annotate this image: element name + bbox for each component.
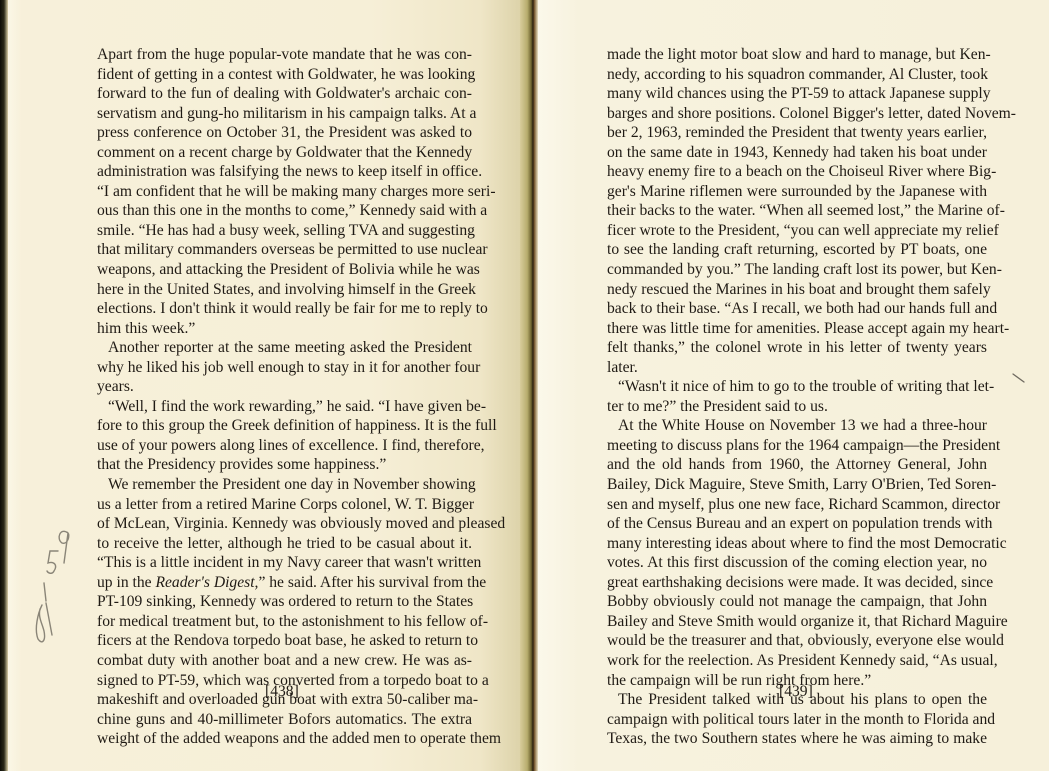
- text-line: meeting to discuss plans for the 1964 ca…: [607, 436, 987, 456]
- text-line: administration was falsifying the news t…: [97, 162, 472, 182]
- text-line: ous than this one in the months to come,…: [97, 201, 472, 221]
- text-line: years.: [97, 377, 472, 397]
- text-line: forward to the fun of dealing with Goldw…: [97, 84, 472, 104]
- text-line: that military commanders overseas be per…: [97, 240, 472, 260]
- handwritten-note-icon: [30, 505, 80, 655]
- text-line: him this week.”: [97, 319, 472, 339]
- text-line: Bailey, Dick Maguire, Steve Smith, Larry…: [607, 475, 987, 495]
- text-line: why he liked his job well enough to stay…: [97, 358, 472, 378]
- text-line: up in the Reader's Digest,” he said. Aft…: [97, 573, 472, 593]
- text-line: work for the reelection. As President Ke…: [607, 651, 987, 671]
- text-line: their backs to the water. “When all seem…: [607, 201, 987, 221]
- text-line: use of your powers along lines of excell…: [97, 436, 472, 456]
- text-line: ger's Marine riflemen were surrounded by…: [607, 182, 987, 202]
- text-line: great earthshaking decisions were made. …: [607, 573, 987, 593]
- book-edge-highlight: [8, 0, 22, 771]
- text-line: “This is a little incident in my Navy ca…: [97, 553, 472, 573]
- book-edge-shadow: [0, 0, 8, 771]
- text-line: We remember the President one day in Nov…: [97, 475, 472, 495]
- text-line: us a letter from a retired Marine Corps …: [97, 495, 472, 515]
- text-line: made the light motor boat slow and hard …: [607, 45, 987, 65]
- book-spread: Apart from the huge popular-vote mandate…: [0, 0, 1049, 771]
- text-line: PT-109 sinking, Kennedy was ordered to r…: [97, 592, 472, 612]
- text-line: fore to this group the Greek definition …: [97, 416, 472, 436]
- text-line: to see the landing craft returning, esco…: [607, 240, 987, 260]
- text-line: sen and myself, plus one new face, Richa…: [607, 495, 987, 515]
- text-line: Another reporter at the same meeting ask…: [97, 338, 472, 358]
- text-line: Bobby obviously could not manage the cam…: [607, 592, 987, 612]
- text-line: fident of getting in a contest with Gold…: [97, 65, 472, 85]
- text-line: “Wasn't it nice of him to go to the trou…: [607, 377, 987, 397]
- text-line: back to their base. “As I recall, we bot…: [607, 299, 987, 319]
- text-line: of McLean, Virginia. Kennedy was obvious…: [97, 514, 472, 534]
- text-line: ter to me?” the President said to us.: [607, 397, 987, 417]
- text-line: ficers at the Rendova torpedo boat base,…: [97, 631, 472, 651]
- text-line: votes. At this first discussion of the c…: [607, 553, 987, 573]
- text-line: weight of the added weapons and the adde…: [97, 729, 472, 749]
- text-line: ficer wrote to the President, “you can w…: [607, 221, 987, 241]
- pencil-mark-icon: [1012, 372, 1026, 384]
- text-line: “I am confident that he will be making m…: [97, 182, 472, 202]
- text-line: Bailey and Steve Smith would organize it…: [607, 612, 987, 632]
- text-line: “Well, I find the work rewarding,” he sa…: [97, 397, 472, 417]
- text-fragment: up in the: [97, 574, 155, 591]
- text-line: there was little time for amenities. Ple…: [607, 319, 987, 339]
- text-line: campaign with political tours later in t…: [607, 710, 987, 730]
- text-line: later.: [607, 358, 987, 378]
- text-line: would be the treasurer and that, obvious…: [607, 631, 987, 651]
- italic-title: Reader's Digest,: [155, 574, 258, 591]
- text-line: here in the United States, and involving…: [97, 280, 472, 300]
- text-line: chine guns and 40-millimeter Bofors auto…: [97, 710, 472, 730]
- text-line: comment on a recent charge by Goldwater …: [97, 143, 472, 163]
- text-line: Texas, the two Southern states where he …: [607, 729, 987, 749]
- text-line: weapons, and attacking the President of …: [97, 260, 472, 280]
- book-gutter: [520, 0, 538, 771]
- text-line: and the old hands from 1960, the Attorne…: [607, 455, 987, 475]
- text-line: to receive the letter, although he tried…: [97, 534, 472, 554]
- text-line: At the White House on November 13 we had…: [607, 416, 987, 436]
- text-line: press conference on October 31, the Pres…: [97, 123, 472, 143]
- text-line: on the same date in 1943, Kennedy had ta…: [607, 143, 987, 163]
- text-line: nedy rescued the Marines in his boat and…: [607, 280, 987, 300]
- text-line: barges and shore positions. Colonel Bigg…: [607, 104, 987, 124]
- text-line: for medical treatment but, to the astoni…: [97, 612, 472, 632]
- text-line: many interesting ideas about where to fi…: [607, 534, 987, 554]
- text-line: servatism and gung-ho militarism in his …: [97, 104, 472, 124]
- page-number-left: [438]: [265, 683, 299, 701]
- left-page-text: Apart from the huge popular-vote mandate…: [97, 45, 472, 749]
- text-line: commanded by you.” The landing craft los…: [607, 260, 987, 280]
- right-page-text: made the light motor boat slow and hard …: [607, 45, 987, 749]
- text-line: that the Presidency provides some happin…: [97, 455, 472, 475]
- text-line: felt thanks,” the colonel wrote in his l…: [607, 338, 987, 358]
- text-line: combat duty with another boat and a new …: [97, 651, 472, 671]
- text-line: many wild chances using the PT-59 to att…: [607, 84, 987, 104]
- text-line: heavy enemy fire to a beach on the Chois…: [607, 162, 987, 182]
- text-line: ber 2, 1963, reminded the President that…: [607, 123, 987, 143]
- text-line: nedy, according to his squadron commande…: [607, 65, 987, 85]
- text-line: of the Census Bureau and an expert on po…: [607, 514, 987, 534]
- text-fragment: ” he said. After his survival from the: [258, 574, 486, 591]
- text-line: smile. “He has had a busy week, selling …: [97, 221, 472, 241]
- page-number-right: [439]: [779, 683, 813, 701]
- text-line: Apart from the huge popular-vote mandate…: [97, 45, 472, 65]
- text-line: elections. I don't think it would really…: [97, 299, 472, 319]
